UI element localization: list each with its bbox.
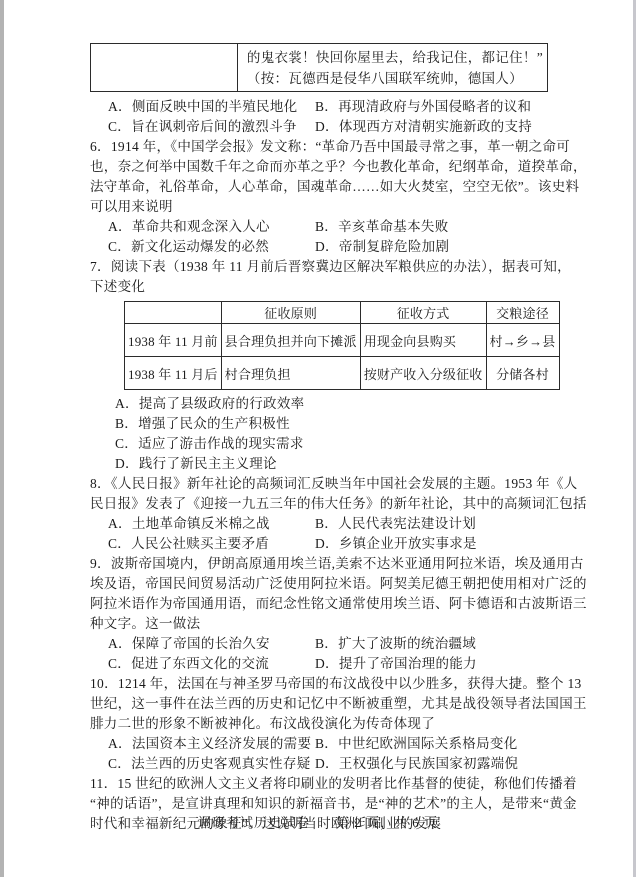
- table-cell: 按财产收入分级征收: [360, 357, 486, 390]
- option-row: C．法兰西的历史客观真实性存疑 D．王权强化与民族国家初露端倪: [90, 754, 548, 774]
- stem-line: 法守革命，礼俗革命，人心革命，国魂革命……如大火焚室，空空无依”。该史料: [90, 177, 548, 197]
- option-c: C．法兰西的历史客观真实性存疑: [108, 754, 315, 774]
- option-d: D．乡镇企业开放实事求是: [315, 534, 548, 554]
- stem-line: 6．1914 年，《中国学会报》发文称：“革命乃吾中国最寻常之事，革一朝之命可: [90, 137, 548, 157]
- option-c: C．促进了东西文化的交流: [108, 654, 315, 674]
- stem-line: 也，奈之何举中国数千年之命而亦革之乎？今也教化革命，纪纲革命，道揆革命，: [90, 157, 548, 177]
- table-header-cell: 交粮途径: [486, 302, 559, 324]
- table-cell: 用现金向县购买: [360, 324, 486, 357]
- option-d: D．王权强化与民族国家初露端倪: [315, 754, 548, 774]
- stem-line: 10．1214 年，法国在与神圣罗马帝国的布汶战役中以少胜多，获得大捷。整个 1…: [90, 674, 548, 694]
- table-cell: 1938 年 11 月前: [125, 324, 222, 357]
- excerpt-line: 的鬼衣裳！快回你屋里去，给我记住，都记住！”: [247, 47, 543, 68]
- table-cell: 村合理负担: [221, 357, 360, 390]
- option-a: A．保障了帝国的长治久安: [108, 634, 315, 654]
- option-d: D．帝制复辟危险加剧: [315, 237, 548, 257]
- option-a: A．革命共和观念深入人心: [108, 217, 315, 237]
- table-cell: 分储各村: [486, 357, 559, 390]
- footer-doc-title: 调研考试历史试卷: [198, 812, 310, 831]
- question-5-options: A．侧面反映中国的半殖民地化 B．再现清政府与外国侵略者的议和 C．旨在讽刺帝后…: [90, 97, 548, 137]
- stem-line: 9．波斯帝国境内，伊朗高原通用埃兰语,美索不达米亚通用阿拉米语，埃及通用古: [90, 554, 548, 574]
- option-row: A．侧面反映中国的半殖民地化 B．再现清政府与外国侵略者的议和: [90, 97, 548, 117]
- table-row: 1938 年 11 月后 村合理负担 按财产收入分级征收 分储各村: [125, 357, 560, 390]
- option-row: C．旨在讽刺帝后间的激烈斗争 D．体现西方对清朝实施新政的支持: [90, 117, 548, 137]
- stem-line: 阿拉米语作为帝国通用语，而纪念性铭文通常使用埃兰语、阿卡德语和古波斯语三: [90, 594, 548, 614]
- table-cell: 村→乡→县: [486, 324, 559, 357]
- excerpt-box-text-cell: 的鬼衣裳！快回你屋里去，给我记住，都记住！” （按：瓦德西是侵华八国联军统帅，德…: [238, 44, 547, 91]
- option-c: C．人民公社赎买主要矛盾: [108, 534, 315, 554]
- table-header-cell: 征收方式: [360, 302, 486, 324]
- option-b: B．增强了民众的生产积极性: [90, 414, 548, 434]
- question-10: 10．1214 年，法国在与神圣罗马帝国的布汶战役中以少胜多，获得大捷。整个 1…: [90, 674, 548, 774]
- table-cell: 1938 年 11 月后: [125, 357, 222, 390]
- option-c: C．旨在讽刺帝后间的激烈斗争: [108, 117, 315, 137]
- option-d: D．体现西方对清朝实施新政的支持: [315, 117, 548, 137]
- question-8: 8．《人民日报》新年社论的高频词汇反映当年中国社会发展的主题。1953 年《人 …: [90, 474, 548, 554]
- option-row: C．新文化运动爆发的必然 D．帝制复辟危险加剧: [90, 237, 548, 257]
- option-row: A．革命共和观念深入人心 B．辛亥革命基本失败: [90, 217, 548, 237]
- stem-line: 埃及语，帝国民间贸易活动广泛使用阿拉米语。阿契美尼德王朝把使用相对广泛的: [90, 574, 548, 594]
- question-7-table: 征收原则 征收方式 交粮途径 1938 年 11 月前 县合理负担并向下摊派 用…: [124, 301, 560, 390]
- excerpt-line: （按：瓦德西是侵华八国联军统帅，德国人）: [247, 68, 543, 89]
- stem-line: 11．15 世纪的欧洲人文主义者将印刷业的发明者比作基督的使徒，称他们传播着: [90, 774, 548, 794]
- footer-page-indicator: 第 2 页，共 6 页: [336, 812, 438, 831]
- option-row: A．法国资本主义经济发展的需要 B．中世纪欧洲国际关系格局变化: [90, 734, 548, 754]
- option-b: B．再现清政府与外国侵略者的议和: [315, 97, 548, 117]
- option-a: A．土地革命镇反米棉之战: [108, 514, 315, 534]
- option-b: B．辛亥革命基本失败: [315, 217, 548, 237]
- option-b: B．人民代表宪法建设计划: [315, 514, 548, 534]
- stem-line: 世纪，这一事件在法兰西的历史和记忆中不断被重塑，尤其是战役领导者法国国王: [90, 694, 548, 714]
- question-9: 9．波斯帝国境内，伊朗高原通用埃兰语,美索不达米亚通用阿拉米语，埃及通用古 埃及…: [90, 554, 548, 674]
- stem-line: 8．《人民日报》新年社论的高频词汇反映当年中国社会发展的主题。1953 年《人: [90, 474, 548, 494]
- option-b: B．扩大了波斯的统治疆域: [315, 634, 548, 654]
- option-row: C．促进了东西文化的交流 D．提升了帝国治理的能力: [90, 654, 548, 674]
- page-edge-left: [0, 0, 4, 877]
- stem-line: 腓力二世的形象不断被神化。布汶战役演化为传奇体现了: [90, 714, 548, 734]
- page-footer: 调研考试历史试卷 第 2 页，共 6 页: [0, 812, 636, 831]
- question-6: 6．1914 年，《中国学会报》发文称：“革命乃吾中国最寻常之事，革一朝之命可 …: [90, 137, 548, 257]
- option-row: A．保障了帝国的长治久安 B．扩大了波斯的统治疆域: [90, 634, 548, 654]
- option-b: B．中世纪欧洲国际关系格局变化: [315, 734, 548, 754]
- option-a: A．法国资本主义经济发展的需要: [108, 734, 315, 754]
- question-7: 7．阅读下表（1938 年 11 月前后晋察冀边区解决军粮供应的办法），据表可知…: [90, 257, 548, 474]
- stem-line: 民日报》发表了《迎接一九五三年的伟大任务》的新年社论，其中的高频词汇包括: [90, 494, 548, 514]
- table-header-row: 征收原则 征收方式 交粮途径: [125, 302, 560, 324]
- table-header-cell: [125, 302, 222, 324]
- option-a: A．侧面反映中国的半殖民地化: [108, 97, 315, 117]
- option-c: C．适应了游击作战的现实需求: [90, 434, 548, 454]
- option-a: A．提高了县级政府的行政效率: [90, 394, 548, 414]
- table-cell: 县合理负担并向下摊派: [221, 324, 360, 357]
- stem-line: 可以用来说明: [90, 197, 548, 217]
- stem-line: 下述变化: [90, 277, 548, 297]
- page-content: 的鬼衣裳！快回你屋里去，给我记住，都记住！” （按：瓦德西是侵华八国联军统帅，德…: [90, 43, 548, 834]
- excerpt-box: 的鬼衣裳！快回你屋里去，给我记住，都记住！” （按：瓦德西是侵华八国联军统帅，德…: [90, 43, 548, 92]
- excerpt-box-empty-cell: [91, 44, 238, 91]
- stem-line: 7．阅读下表（1938 年 11 月前后晋察冀边区解决军粮供应的办法），据表可知…: [90, 257, 548, 277]
- stem-line: “神的话语”，是宣讲真理和知识的新福音书，是“神的艺术”的主人，是带来“黄金: [90, 794, 548, 814]
- option-c: C．新文化运动爆发的必然: [108, 237, 315, 257]
- exam-page: 的鬼衣裳！快回你屋里去，给我记住，都记住！” （按：瓦德西是侵华八国联军统帅，德…: [0, 0, 636, 877]
- option-d: D．践行了新民主主义理论: [90, 454, 548, 474]
- option-row: A．土地革命镇反米棉之战 B．人民代表宪法建设计划: [90, 514, 548, 534]
- table-header-cell: 征收原则: [221, 302, 360, 324]
- option-row: C．人民公社赎买主要矛盾 D．乡镇企业开放实事求是: [90, 534, 548, 554]
- stem-line: 种文字。这一做法: [90, 614, 548, 634]
- option-d: D．提升了帝国治理的能力: [315, 654, 548, 674]
- table-row: 1938 年 11 月前 县合理负担并向下摊派 用现金向县购买 村→乡→县: [125, 324, 560, 357]
